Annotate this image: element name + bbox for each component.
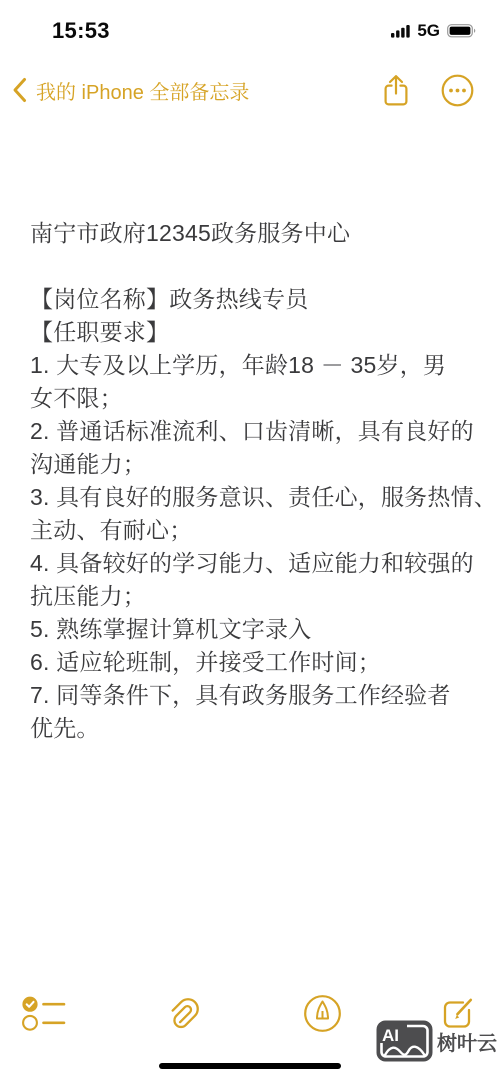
note-line: 南宁市政府12345政务服务中心	[30, 217, 476, 250]
watermark-label: 树叶云	[437, 1027, 497, 1056]
note-line: 沟通能力；	[30, 448, 476, 481]
ai-image-watermark-icon: AI	[376, 1020, 433, 1062]
ellipsis-circle-icon	[441, 74, 474, 107]
note-line: 主动、有耐心；	[30, 514, 476, 547]
clock: 15:53	[52, 18, 110, 44]
back-button[interactable]: 我的 iPhone 全部备忘录	[12, 76, 249, 105]
cellular-signal-icon	[391, 25, 410, 38]
markup-pen-icon	[302, 993, 343, 1034]
note-line: 【任职要求】	[30, 316, 476, 349]
home-indicator[interactable]	[159, 1063, 341, 1069]
note-line	[30, 250, 476, 283]
status-bar: 15:53 5G	[0, 0, 500, 50]
watermark: AI 树叶云	[376, 1020, 497, 1062]
note-line: 抗压能力；	[30, 580, 476, 613]
note-line: 2. 普通话标准流利、口齿清晰，具有良好的	[30, 415, 476, 448]
notes-app-screen: 15:53 5G	[0, 0, 500, 1069]
note-line: 女不限；	[30, 382, 476, 415]
more-button[interactable]	[441, 74, 474, 107]
markup-button[interactable]	[302, 993, 343, 1034]
nav-bar: 我的 iPhone 全部备忘录	[0, 50, 500, 110]
note-line: 6. 适应轮班制，并接受工作时间；	[30, 646, 476, 679]
note-line: 1. 大专及以上学历，年龄18 － 35岁，男	[30, 349, 476, 382]
note-line: 【岗位名称】政务热线专员	[30, 283, 476, 316]
share-button[interactable]	[383, 74, 409, 107]
attachment-button[interactable]	[164, 992, 206, 1034]
watermark-badge-text: AI	[382, 1026, 399, 1045]
checklist-button[interactable]	[21, 995, 68, 1032]
back-label: 我的 iPhone 全部备忘录	[36, 76, 249, 105]
checklist-icon	[21, 995, 68, 1032]
network-type-label: 5G	[417, 21, 440, 41]
paperclip-icon	[164, 992, 206, 1034]
share-icon	[383, 74, 409, 107]
battery-icon	[447, 24, 476, 38]
note-line: 3. 具有良好的服务意识、责任心，服务热情、	[30, 481, 476, 514]
note-editor[interactable]: 南宁市政府12345政务服务中心 【岗位名称】政务热线专员 【任职要求】 1. …	[0, 110, 500, 745]
note-line: 7. 同等条件下，具有政务服务工作经验者	[30, 679, 476, 712]
note-line: 4. 具备较好的学习能力、适应能力和较强的	[30, 547, 476, 580]
note-line: 5. 熟练掌握计算机文字录入	[30, 613, 476, 646]
note-line: 优先。	[30, 712, 476, 745]
chevron-left-icon	[12, 77, 27, 103]
